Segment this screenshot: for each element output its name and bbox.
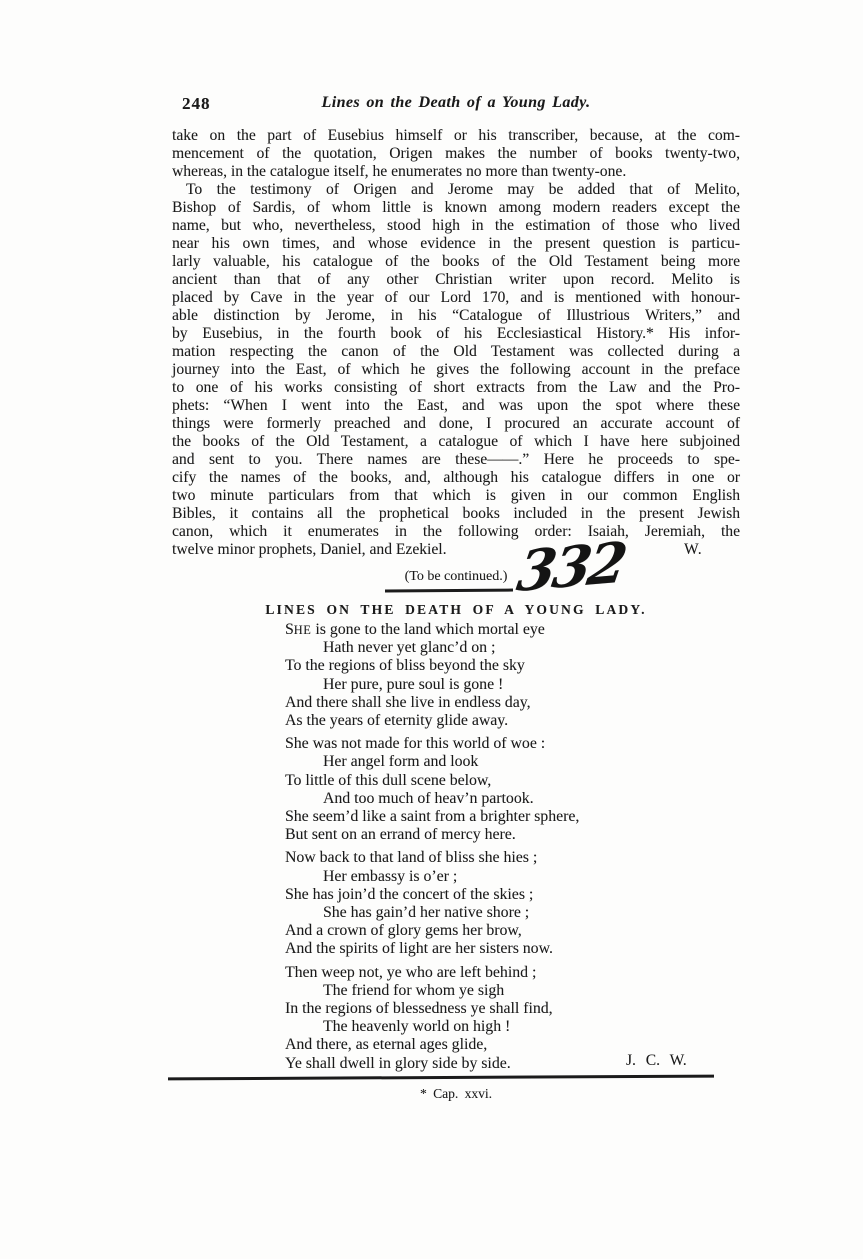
article-author-initial: W.: [684, 541, 702, 559]
poem-body: SHE is gone to the land which mortal eye…: [285, 621, 725, 1073]
article-body: take on the part of Eusebius himself or …: [172, 127, 740, 559]
body-text-line: canon, which it enumerates in the follow…: [172, 523, 740, 541]
poem-line: Her angel form and look: [285, 753, 725, 771]
body-text-line: by Eusebius, in the fourth book of his E…: [172, 325, 740, 343]
footnote-separator-rule: [168, 1075, 714, 1080]
body-text-line: Bibles, it contains all the prophetical …: [172, 505, 740, 523]
poem-line: She has gain’d her native shore ;: [285, 904, 725, 922]
poem-line: And there shall she live in endless day,: [285, 694, 725, 712]
poem-line: She has join’d the concert of the skies …: [285, 886, 725, 904]
body-text-line: ancient than that of any other Christian…: [172, 271, 740, 289]
poem-line: She seem’d like a saint from a brighter …: [285, 808, 725, 826]
poem-line: She was not made for this world of woe :: [285, 735, 725, 753]
body-text-line: cify the names of the books, and, althou…: [172, 469, 740, 487]
body-text-line: placed by Cave in the year of our Lord 1…: [172, 289, 740, 307]
poem-line: As the years of eternity glide away.: [285, 712, 725, 730]
running-head: Lines on the Death of a Young Lady.: [172, 94, 740, 112]
section-divider-rule: [385, 589, 513, 592]
text-part: HE: [294, 623, 312, 637]
article-paragraph-continuation: take on the part of Eusebius himself or …: [172, 127, 740, 181]
body-text-line: name, but who, nevertheless, stood high …: [172, 217, 740, 235]
body-text-line: To the testimony of Origen and Jerome ma…: [172, 181, 740, 199]
body-text-line: able distinction by Jerome, in his “Cata…: [172, 307, 740, 325]
poem-line: In the regions of blessedness ye shall f…: [285, 1000, 725, 1018]
body-text-line: phets: “When I went into the East, and w…: [172, 397, 740, 415]
body-text-line: two minute particulars from that which i…: [172, 487, 740, 505]
body-text-line: mencement of the quotation, Origen makes…: [172, 145, 740, 163]
poem-title: LINES ON THE DEATH OF A YOUNG LADY.: [172, 602, 740, 618]
poem-line: To the regions of bliss beyond the sky: [285, 657, 725, 675]
footnote-text: * Cap. xxvi.: [172, 1086, 740, 1102]
article-paragraph-testimony: To the testimony of Origen and Jerome ma…: [172, 181, 740, 559]
body-text-line: take on the part of Eusebius himself or …: [172, 127, 740, 145]
poem-line: And the spirits of light are her sisters…: [285, 940, 725, 958]
poem-line: Then weep not, ye who are left behind ;: [285, 964, 725, 982]
body-text-line: the books of the Old Testament, a catalo…: [172, 433, 740, 451]
poem-line: Now back to that land of bliss she hies …: [285, 849, 725, 867]
body-text-line: journey into the East, of which he gives…: [172, 361, 740, 379]
poem-line: And too much of heav’n partook.: [285, 790, 725, 808]
poem-line: To little of this dull scene below,: [285, 772, 725, 790]
body-text-line: larly valuable, his catalogue of the boo…: [172, 253, 740, 271]
body-text-line: near his own times, and whose evidence i…: [172, 235, 740, 253]
body-text-line: and sent to you. There names are these——…: [172, 451, 740, 469]
poem-line: The friend for whom ye sigh: [285, 982, 725, 1000]
body-text-line: twelve minor prophets, Daniel, and Ezeki…: [172, 541, 740, 559]
poem-line: SHE is gone to the land which mortal eye: [285, 621, 725, 639]
body-text-line: to one of his works consisting of short …: [172, 379, 740, 397]
poem-line: Hath never yet glanc’d on ;: [285, 639, 725, 657]
poem-line: But sent on an errand of mercy here.: [285, 826, 725, 844]
body-text-line: things were formerly preached and done, …: [172, 415, 740, 433]
handwritten-page-mark: 332: [513, 529, 629, 604]
text-part: is gone to the land which mortal eye: [311, 621, 544, 638]
body-text-line: whereas, in the catalogue itself, he enu…: [172, 163, 740, 181]
book-page: 248 Lines on the Death of a Young Lady. …: [0, 0, 863, 1259]
text-part: S: [285, 621, 294, 638]
body-text-line: mation respecting the canon of the Old T…: [172, 343, 740, 361]
poem-line: And a crown of glory gems her brow,: [285, 922, 725, 940]
poem-author-initials: J. C. W.: [626, 1052, 687, 1070]
to-be-continued-note: (To be continued.): [172, 569, 740, 585]
poem-line: Her embassy is o’er ;: [285, 868, 725, 886]
poem-line: The heavenly world on high !: [285, 1018, 725, 1036]
body-text-line: Bishop of Sardis, of whom little is know…: [172, 199, 740, 217]
poem-line: Her pure, pure soul is gone !: [285, 676, 725, 694]
